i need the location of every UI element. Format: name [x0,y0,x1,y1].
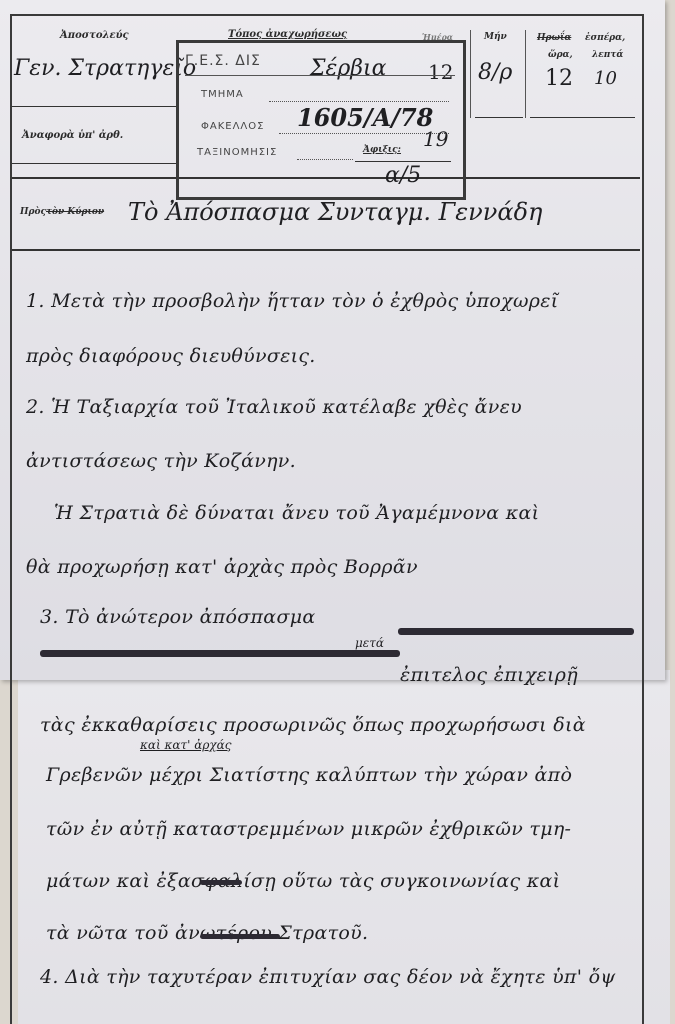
body-line-15: 4. Διὰ τὴν ταχυτέραν ἐπιτυχίαν σας δέον … [40,966,616,988]
stamp-classification-dots [297,159,353,160]
recipient-value: Τὸ Ἀπόσπασμα Συνταγμ. Γεννάδη [128,198,542,226]
recipient-label: Πρὸς [20,207,46,217]
strikethrough-line-13 [200,880,242,885]
stamp-section-label: ΤΜΗΜΑ [201,89,244,100]
body-line-14: τὰ νῶτα τοῦ ἀνωτέρου Στρατοῦ. [46,922,368,944]
month-underline [475,117,523,118]
month-value: 8/ρ [478,60,512,85]
place-label: Τόπος ἀναχωρήσεως [228,29,347,40]
body-line-10: τὰς ἐκκαθαρίσεις προσωρινῶς ὅπως προχωρή… [40,714,586,736]
hour-label: ὥρα, [548,50,573,60]
time-underline [530,117,635,118]
body-line-5: Ἡ Στρατιὰ δὲ δύναται ἄνευ τοῦ Ἀγαμέμνονα… [54,502,539,524]
column-line-month [525,30,526,118]
body-line-2: πρὸς διαφόρους διευθύνσεις. [26,345,316,367]
sender-value: Γεν. Στρατηγεῖο [14,56,196,81]
stamp-section-dots [269,101,449,102]
stamp-arrival-label: Ἀφιξις: [363,145,401,155]
minute-label: λεπτά [592,50,623,60]
time-label-struck: Πρωΐα [537,33,571,43]
strikethrough-line-8 [40,650,400,657]
body-line-13: μάτων καὶ ἐξασφαλίσῃ οὕτω τὰς συγκοινωνί… [46,870,560,892]
body-line-9: ἐπιτελος ἐπιχειρῇ [400,664,578,686]
time-label-evening: ἑσπέρα, [585,33,625,43]
body-line-4: ἀντιστάσεως τὴν Κοζάνην. [26,450,296,472]
column-line-day [470,30,471,118]
stamp-arrival-line [355,161,451,162]
body-line-11: Γρεβενῶν μέχρι Σιατίστης καλύπτων τὴν χώ… [46,764,572,786]
month-label: Μήν [484,32,507,42]
stamp-classification-label: ΤΑΞΙΝΟΜΗΣΙΣ [197,147,277,158]
header-divider-1 [12,106,177,107]
reference-label: Ἀναφορὰ ὑπ' ἀρθ. [22,130,123,141]
stamp-arrival-value: α/5 [385,163,421,188]
archive-stamp: Γ.Ε.Σ. ΔΙΣ ΤΜΗΜΑ ΦΑΚΕΛΛΟΣ 1605/Α/78 19 Τ… [176,40,466,200]
stamp-folder-value: 1605/Α/78 [297,103,433,132]
stamp-folder-label: ΦΑΚΕΛΛΟΣ [201,121,264,132]
stamp-org-line [185,75,455,76]
minute-value: 10 [594,68,617,89]
body-line-12: τῶν ἐν αὐτῇ καταστρεμμένων μικρῶν ἐχθρικ… [46,818,571,840]
recipient-divider [12,249,640,251]
body-line-1: 1. Μετὰ τὴν προσβολὴν ἥτταν τὸν ὁ ἐχθρὸς… [26,290,558,312]
body-line-3: 2. Ἡ Ταξιαρχία τοῦ Ἰταλικοῦ κατέλαβε χθὲ… [26,396,522,418]
recipient-label-struck: τὸν Κύριον [46,207,104,217]
sender-label: Ἀποστολεύς [60,30,129,41]
header-divider-2 [12,163,177,164]
insertion-kai-kat-arxas: καὶ κατ' ἀρχάς [140,738,231,752]
strikethrough-line-14 [200,934,280,939]
stamp-sub-value: 19 [423,127,448,151]
strikethrough-line-7 [398,628,634,635]
body-line-7: 3. Τὸ ἀνώτερον ἀπόσπασμα [40,606,316,628]
stamp-org: Γ.Ε.Σ. ΔΙΣ [185,53,261,69]
body-line-6: θὰ προχωρήσῃ κατ' ἀρχὰς πρὸς Βορρᾶν [26,556,418,578]
insertion-meta: μετά [355,636,384,650]
hour-value: 12 [545,66,573,91]
